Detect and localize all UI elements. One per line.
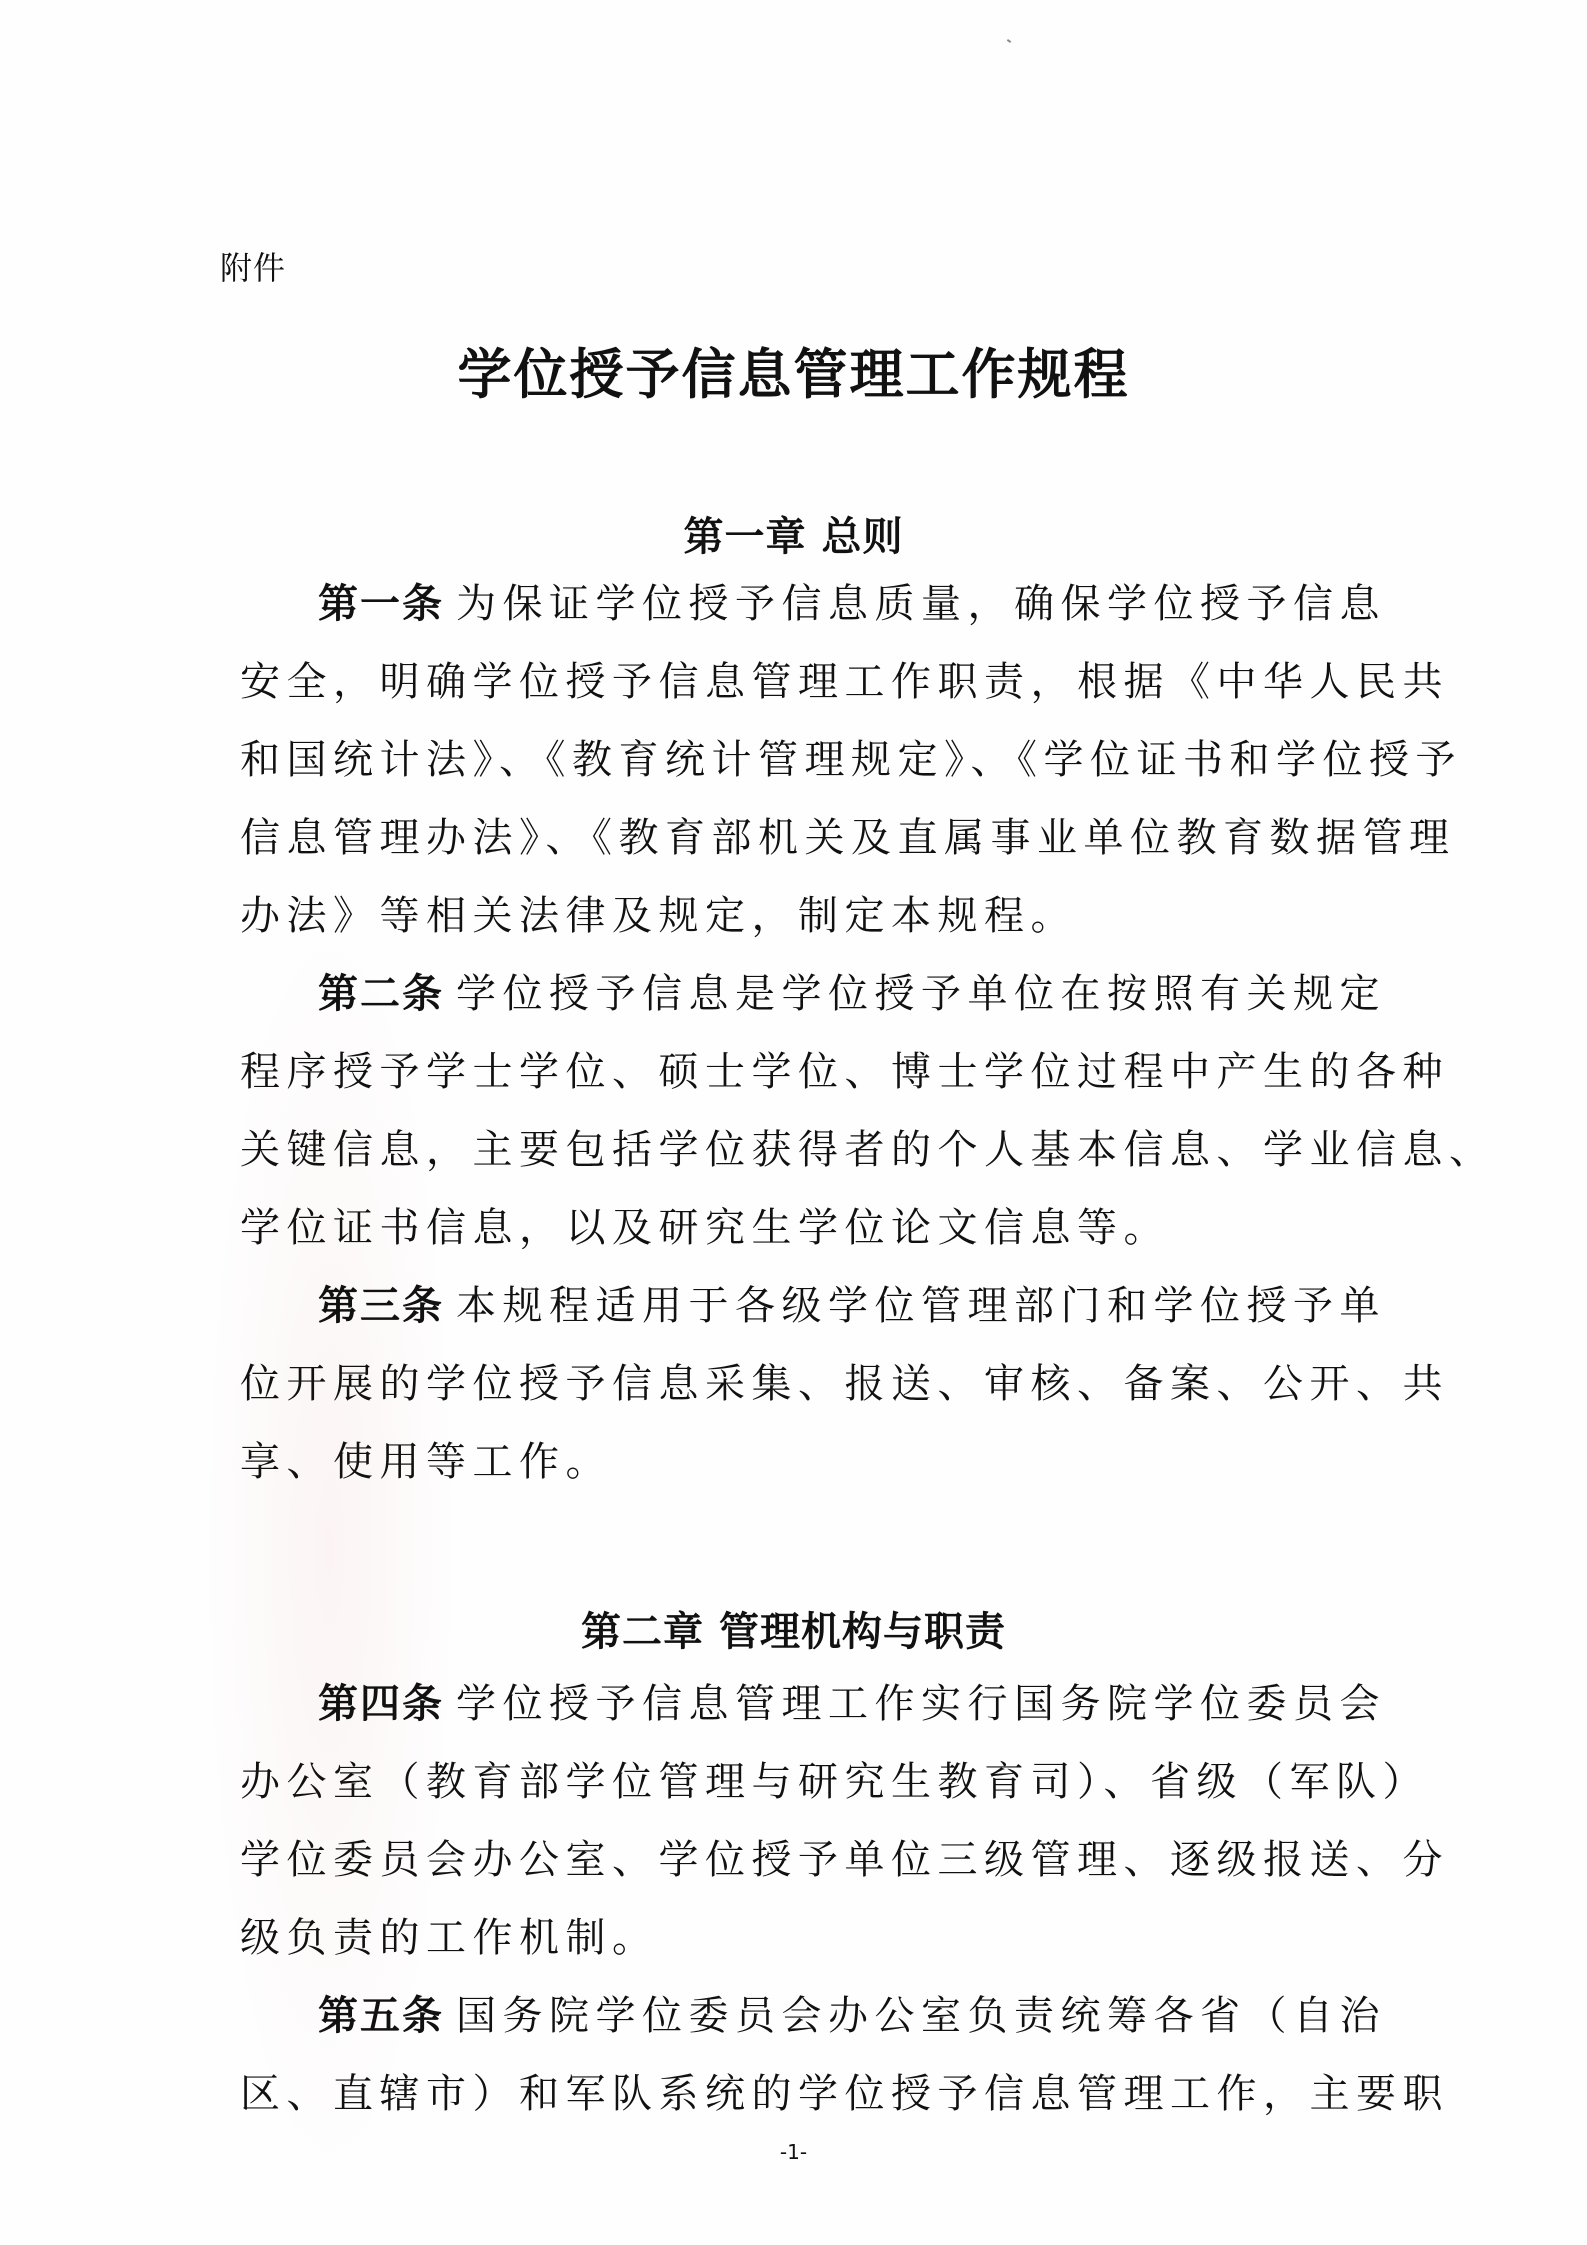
page-number: -1- bbox=[0, 2140, 1587, 2164]
article-number: 第三条 bbox=[318, 1283, 444, 1329]
document-page: 附件 学位授予信息管理工作规程 第一章 总则 第一条为保证学位授予信息质量，确保… bbox=[0, 0, 1587, 2245]
article-line: 关键信息，主要包括学位获得者的个人基本信息、学业信息、 bbox=[240, 1111, 1340, 1189]
chapter-2-heading: 第二章 管理机构与职责 bbox=[0, 1600, 1587, 1657]
article-2: 第二条学位授予信息是学位授予单位在按照有关规定 程序授予学士学位、硕士学位、博士… bbox=[240, 955, 1340, 1267]
article-line: 程序授予学士学位、硕士学位、博士学位过程中产生的各种 bbox=[240, 1033, 1340, 1111]
chapter-1-heading: 第一章 总则 bbox=[0, 505, 1587, 562]
article-line: 办公室（教育部学位管理与研究生教育司）、省级（军队） bbox=[240, 1743, 1340, 1821]
article-4: 第四条学位授予信息管理工作实行国务院学位委员会 办公室（教育部学位管理与研究生教… bbox=[240, 1665, 1340, 1977]
article-line: 第三条本规程适用于各级学位管理部门和学位授予单 bbox=[240, 1267, 1340, 1345]
article-number: 第五条 bbox=[318, 1993, 444, 2039]
article-line: 学位证书信息，以及研究生学位论文信息等。 bbox=[240, 1189, 1340, 1267]
article-line: 第一条为保证学位授予信息质量，确保学位授予信息 bbox=[240, 565, 1340, 643]
article-5: 第五条国务院学位委员会办公室负责统筹各省（自治 区、直辖市）和军队系统的学位授予… bbox=[240, 1977, 1340, 2133]
article-line: 信息管理办法》、《教育部机关及直属事业单位教育数据管理 bbox=[240, 799, 1340, 877]
article-line: 办法》等相关法律及规定，制定本规程。 bbox=[240, 877, 1340, 955]
article-number: 第一条 bbox=[318, 581, 444, 627]
article-3: 第三条本规程适用于各级学位管理部门和学位授予单 位开展的学位授予信息采集、报送、… bbox=[240, 1267, 1340, 1501]
article-line: 区、直辖市）和军队系统的学位授予信息管理工作，主要职 bbox=[240, 2055, 1340, 2133]
scan-speck bbox=[1007, 39, 1011, 43]
article-1: 第一条为保证学位授予信息质量，确保学位授予信息 安全，明确学位授予信息管理工作职… bbox=[240, 565, 1340, 955]
article-line: 学位委员会办公室、学位授予单位三级管理、逐级报送、分 bbox=[240, 1821, 1340, 1899]
article-line: 安全，明确学位授予信息管理工作职责，根据《中华人民共 bbox=[240, 643, 1340, 721]
document-title: 学位授予信息管理工作规程 bbox=[0, 332, 1587, 409]
article-number: 第四条 bbox=[318, 1681, 444, 1727]
article-line: 享、使用等工作。 bbox=[240, 1423, 1340, 1501]
attachment-label: 附件 bbox=[220, 243, 286, 289]
article-line: 第二条学位授予信息是学位授予单位在按照有关规定 bbox=[240, 955, 1340, 1033]
article-line: 位开展的学位授予信息采集、报送、审核、备案、公开、共 bbox=[240, 1345, 1340, 1423]
article-line: 级负责的工作机制。 bbox=[240, 1899, 1340, 1977]
article-number: 第二条 bbox=[318, 971, 444, 1017]
article-line: 第五条国务院学位委员会办公室负责统筹各省（自治 bbox=[240, 1977, 1340, 2055]
article-line: 第四条学位授予信息管理工作实行国务院学位委员会 bbox=[240, 1665, 1340, 1743]
article-line: 和国统计法》、《教育统计管理规定》、《学位证书和学位授予 bbox=[240, 721, 1340, 799]
